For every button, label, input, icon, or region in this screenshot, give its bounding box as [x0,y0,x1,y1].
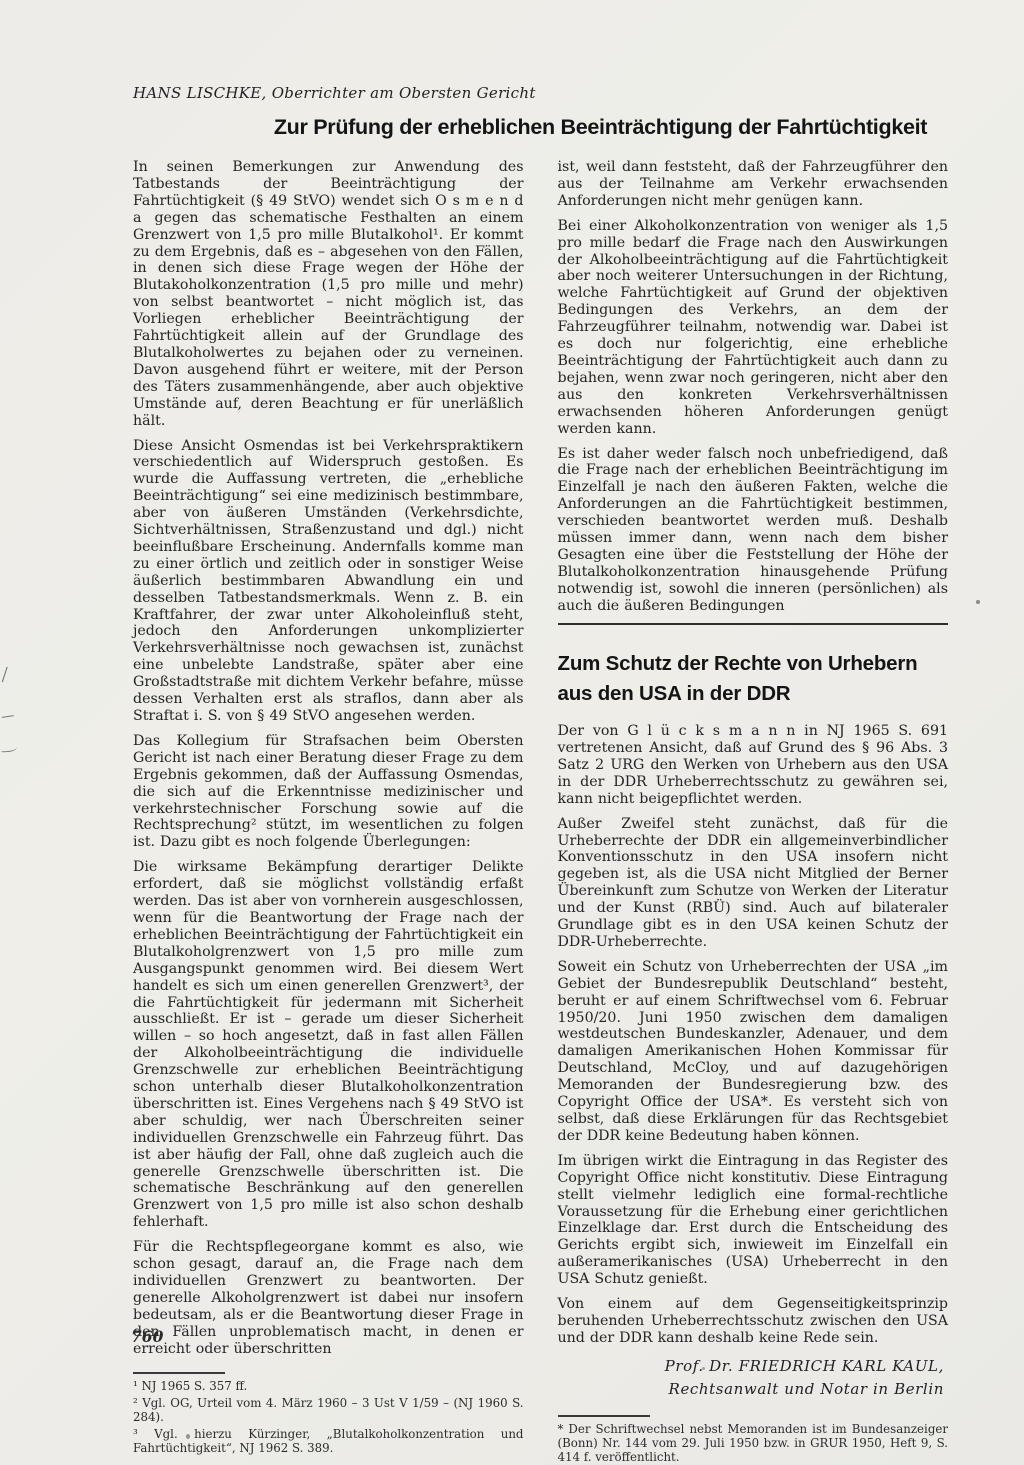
journal-page: HANS LISCHKE, Oberrichter am Obersten Ge… [0,0,1024,1465]
footnote-asterisk: * Der Schriftwechsel nebst Memoranden is… [558,1422,949,1464]
left-column: In seinen Bemerkungen zur Anwendung des … [133,159,524,1458]
two-column-layout: In seinen Bemerkungen zur Anwendung des … [133,159,948,1465]
article1-right-paragraph-2: Bei einer Alkoholkonzentration von wenig… [558,218,949,438]
article1-right-paragraph-1: ist, weil dann feststeht, daß der Fahrze… [558,159,949,210]
article1-author: HANS LISCHKE, Oberrichter am Obersten Ge… [133,84,948,102]
footnote-separator-left [133,1372,225,1374]
article1-right-paragraph-3: Es ist daher weder falsch noch unbefried… [558,446,949,615]
footnote-2: ² Vgl. OG, Urteil vom 4. März 1960 – 3 U… [133,1396,524,1424]
article2-paragraph-1: Der von G l ü c k s m a n n in NJ 1965 S… [558,723,949,808]
article1-left-paragraph-4: Die wirksame Bekämpfung derartiger Delik… [133,859,524,1231]
article1-left-paragraph-1: In seinen Bemerkungen zur Anwendung des … [133,159,524,430]
article2-title: Zum Schutz der Rechte von Urhebern aus d… [558,649,949,711]
scan-scratch-mark [2,667,17,686]
article2-paragraph-2: Außer Zweifel steht zunächst, daß für di… [558,816,949,951]
article1-left-paragraph-3: Das Kollegium für Strafsachen beim Obers… [133,733,524,851]
article2-title-line2: aus den USA in der DDR [558,682,791,705]
article2-title-line1: Zum Schutz der Rechte von Urhebern [558,652,918,675]
article-divider-rule [558,623,949,625]
footnote-separator-right [558,1415,650,1417]
article1-left-paragraph-5: Für die Rechtspflegeorgane kommt es also… [133,1239,524,1357]
right-column: ist, weil dann feststeht, daß der Fahrze… [558,159,949,1465]
article1-left-paragraph-2: Diese Ansicht Osmendas ist bei Verkehrsp… [133,438,524,725]
page-number: 760 [131,1327,163,1346]
signature-role: Rechtsanwalt und Notar in Berlin [558,1378,945,1401]
article2-paragraph-4: Im übrigen wirkt die Eintragung in das R… [558,1153,949,1288]
signature-name: Prof. Dr. FRIEDRICH KARL KAUL, [558,1355,945,1378]
article2-signature: Prof. Dr. FRIEDRICH KARL KAUL, Rechtsanw… [558,1355,945,1402]
footnote-3: ³ Vgl. hierzu Kürzinger, „Blutalkoholkon… [133,1427,524,1455]
scan-scratch-mark [1,744,17,752]
article1-title: Zur Prüfung der erheblichen Beeinträchti… [253,115,948,140]
scan-speck [976,600,980,604]
footnote-1: ¹ NJ 1965 S. 357 ff. [133,1379,524,1393]
article2-paragraph-5: Von einem auf dem Gegenseitigkeitsprinzi… [558,1296,949,1347]
scan-scratch-mark [2,715,14,720]
article2-paragraph-3: Soweit ein Schutz von Urheberrechten der… [558,959,949,1145]
